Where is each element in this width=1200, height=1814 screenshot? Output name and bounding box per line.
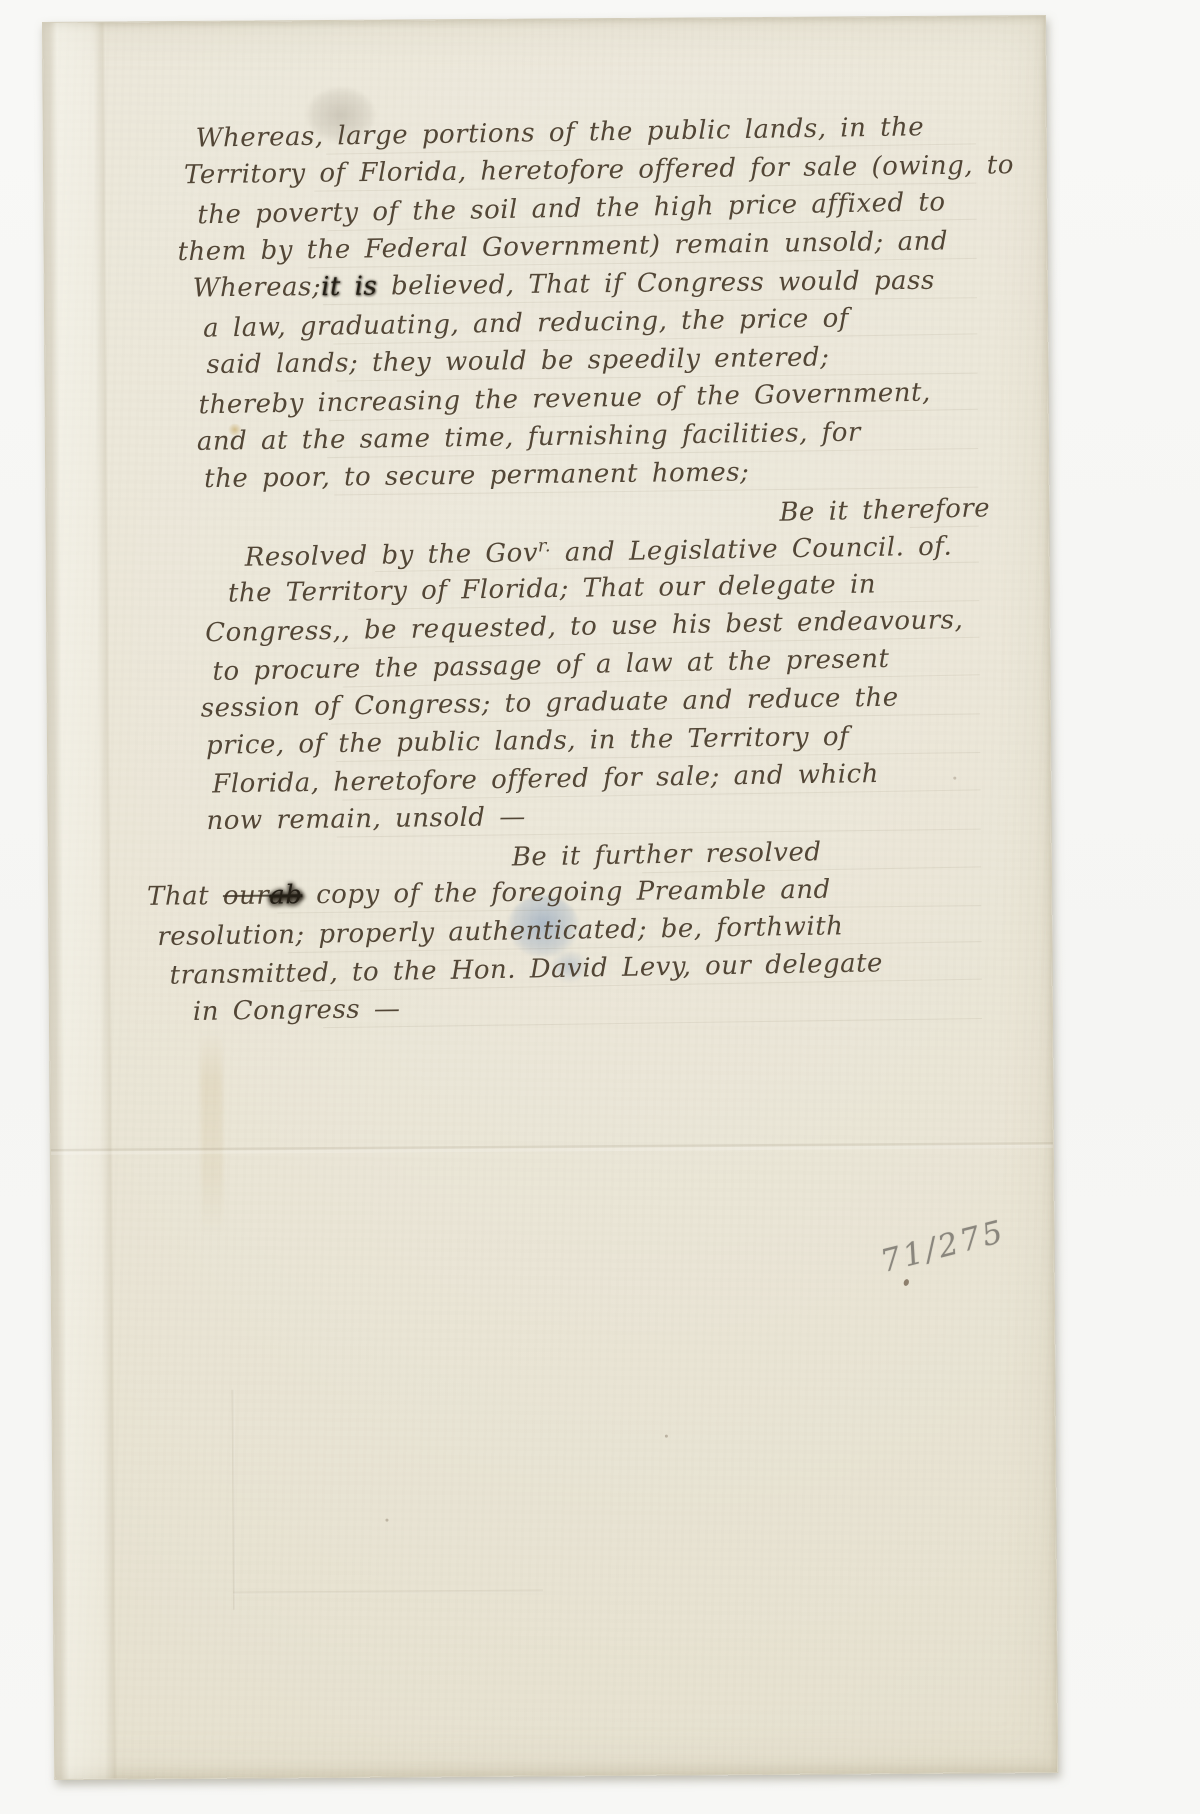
tan-streak — [200, 1030, 223, 1235]
superscript: r. — [538, 536, 551, 556]
ink-speck — [665, 1435, 668, 1438]
ink-blot-word: ab — [269, 880, 302, 910]
ink-speck — [903, 1278, 910, 1286]
struck-word: our — [223, 881, 270, 911]
document-page: Whereas, large portions of the public la… — [42, 15, 1058, 1780]
line-segment: Whereas; — [193, 272, 322, 303]
line-segment: copy of the foregoing Preamble and — [302, 875, 831, 911]
fold-crease-horizontal-small — [233, 1590, 543, 1595]
ink-speck — [385, 1519, 388, 1522]
fold-crease-vertical — [232, 1390, 237, 1610]
line-segment: That — [147, 881, 223, 912]
manuscript-text: Whereas, large portions of the public la… — [44, 114, 1052, 1033]
line-segment: and Legislative Council. of. — [551, 532, 953, 568]
line-segment: Resolved by the Gov — [245, 538, 539, 573]
scanner-background: Whereas, large portions of the public la… — [0, 0, 1200, 1814]
line-segment: believed, That if Congress would pass — [377, 266, 935, 302]
pencil-page-number: 71/275 — [877, 1214, 1009, 1280]
overwritten-words: it is — [321, 272, 377, 303]
